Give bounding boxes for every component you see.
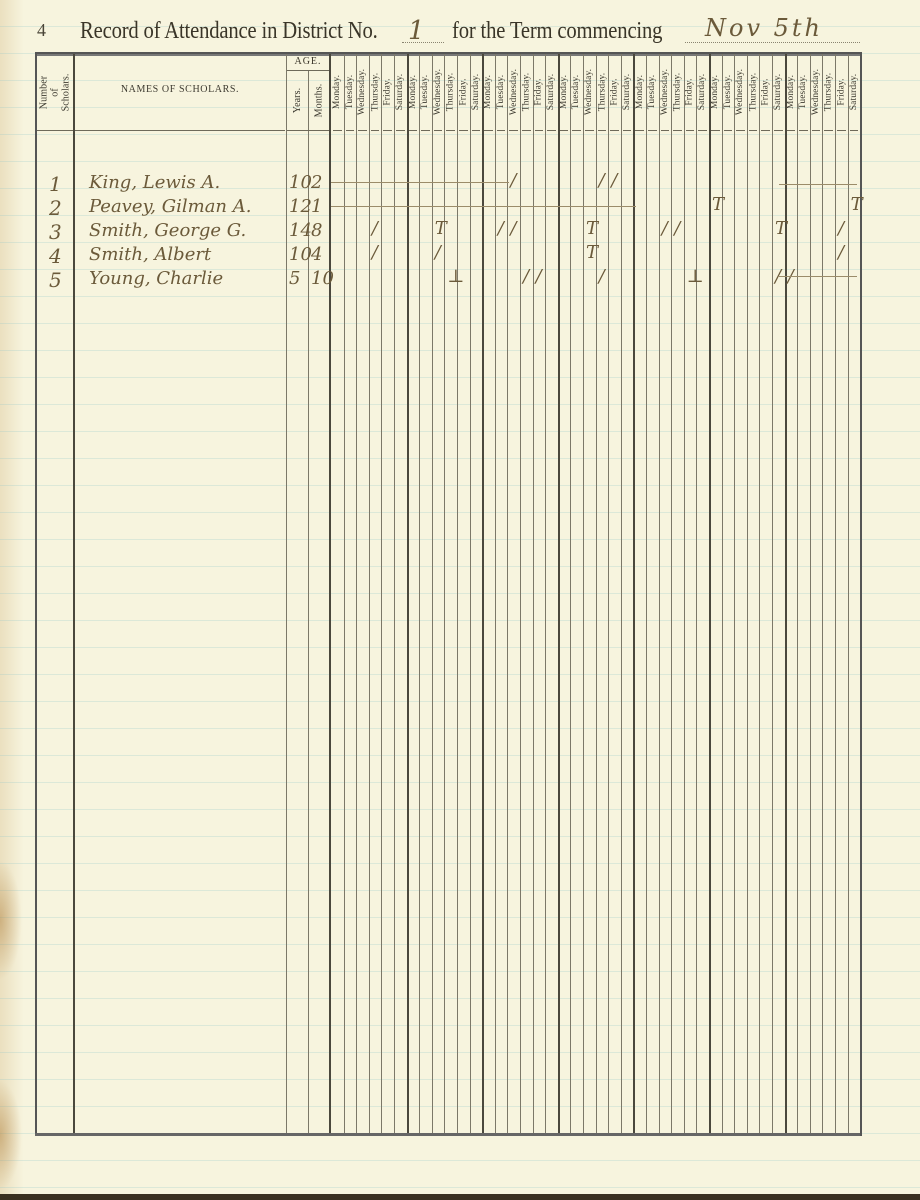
attendance-mark: /: [372, 242, 378, 263]
age-years: 12: [289, 196, 312, 217]
header-rule: [446, 130, 455, 131]
scholar-row: 4Smith, Albert104: [37, 244, 329, 268]
divider: [329, 54, 331, 1134]
age-years: 14: [289, 220, 312, 241]
header-names-of-scholars: NAMES OF SCHOLARS.: [75, 84, 285, 95]
header-rule: [711, 130, 720, 131]
day-divider: [558, 54, 560, 1134]
header-rule: [648, 130, 657, 131]
header-day: Wednesday.: [659, 54, 672, 130]
day-divider: [848, 54, 849, 1134]
day-divider: [533, 54, 534, 1134]
day-divider: [621, 54, 622, 1134]
scholar-row: 3Smith, George G.148: [37, 220, 329, 244]
day-divider: [407, 54, 409, 1134]
day-divider: [797, 54, 798, 1134]
attendance-mark: /: [838, 218, 844, 239]
page-number: 4: [37, 20, 46, 41]
attendance-mark: ⊥: [687, 266, 704, 287]
header-rule: [459, 130, 468, 131]
header-day: Thursday.: [520, 54, 533, 130]
header-day: Tuesday.: [797, 54, 810, 130]
header-day: Thursday.: [596, 54, 609, 130]
paper-stain: [0, 1080, 22, 1190]
header-rule: [761, 130, 770, 131]
header-rule: [673, 130, 682, 131]
scholar-name: Smith, Albert: [89, 244, 211, 265]
day-divider: [709, 54, 711, 1134]
day-divider: [495, 54, 496, 1134]
day-divider: [822, 54, 823, 1134]
header-day: Saturday.: [394, 54, 407, 130]
header-day: Thursday.: [444, 54, 457, 130]
header-rule: [547, 130, 556, 131]
title-record-of-attendance: Record of Attendance in District No.: [80, 18, 378, 45]
day-divider: [696, 54, 697, 1134]
header-rule: [623, 130, 632, 131]
header-rule: [635, 130, 644, 131]
header-rule: [799, 130, 808, 131]
attendance-mark: ⊥: [447, 266, 464, 287]
header-day: Wednesday.: [583, 54, 596, 130]
attendance-mark: /: [611, 170, 617, 191]
header-years: Years.: [287, 70, 308, 130]
day-divider: [444, 54, 445, 1134]
scholar-name: Smith, George G.: [89, 220, 246, 241]
header-rule: [409, 130, 418, 131]
attendance-mark: /: [599, 266, 605, 287]
header-day: Friday.: [684, 54, 697, 130]
header-day: Thursday.: [747, 54, 760, 130]
attendance-mark: T: [435, 218, 447, 239]
day-divider: [772, 54, 773, 1134]
day-divider: [596, 54, 597, 1134]
header-rule: [774, 130, 783, 131]
table-bottom-rule: [35, 1133, 860, 1136]
attendance-mark: T: [851, 194, 863, 215]
header-number-of-scholars: Number of Scholars.: [37, 54, 73, 130]
attendance-mark: /: [662, 218, 668, 239]
header-rule: [371, 130, 380, 131]
day-divider: [394, 54, 395, 1134]
age-months: 10: [311, 268, 334, 289]
header-day: Saturday.: [848, 54, 861, 130]
day-divider: [356, 54, 357, 1134]
age-months: 4: [311, 244, 322, 265]
attendance-mark: T: [586, 242, 598, 263]
header-day: Wednesday.: [734, 54, 747, 130]
paper-stain: [0, 860, 22, 980]
day-divider: [608, 54, 609, 1134]
day-divider: [671, 54, 672, 1134]
header-rule: [837, 130, 846, 131]
pencil-line: [331, 182, 509, 183]
day-divider: [570, 54, 571, 1134]
header-rule: [37, 130, 73, 131]
age-years: 10: [289, 172, 312, 193]
attendance-mark: /: [435, 242, 441, 263]
header-age: AGE.: [287, 56, 329, 67]
header-rule: [736, 130, 745, 131]
header-months: Months.: [308, 70, 329, 130]
header-rule: [812, 130, 821, 131]
day-divider: [810, 54, 811, 1134]
scholar-name: King, Lewis A.: [89, 172, 220, 193]
day-divider: [734, 54, 735, 1134]
header-day: Tuesday.: [419, 54, 432, 130]
scholar-number: 1: [49, 172, 62, 196]
day-divider: [369, 54, 370, 1134]
scholar-name: Young, Charlie: [89, 268, 223, 289]
scholar-row: 1King, Lewis A.102: [37, 172, 329, 196]
header-rule: [472, 130, 481, 131]
day-divider: [457, 54, 458, 1134]
header-rule: [560, 130, 569, 131]
header-rule: [509, 130, 518, 131]
scholar-row: 5Young, Charlie510: [37, 268, 329, 292]
header-day: Saturday.: [621, 54, 634, 130]
attendance-mark: /: [372, 218, 378, 239]
header-day: Friday.: [533, 54, 546, 130]
ledger-page: 4 Record of Attendance in District No. 1…: [0, 0, 920, 1200]
attendance-mark: /: [510, 170, 516, 191]
day-divider: [759, 54, 760, 1134]
pencil-line: [331, 206, 636, 207]
header-rule: [287, 130, 329, 131]
header-rule: [497, 130, 506, 131]
age-months: 2: [311, 172, 322, 193]
header-day: Monday.: [331, 54, 344, 130]
header-rule: [661, 130, 670, 131]
scholar-number: 3: [49, 220, 62, 244]
attendance-mark: /: [536, 266, 542, 287]
header-day: Wednesday.: [507, 54, 520, 130]
day-divider: [722, 54, 723, 1134]
pencil-line: [779, 276, 857, 277]
day-divider: [520, 54, 521, 1134]
scholar-number: 2: [49, 196, 62, 220]
scholar-row: 2Peavey, Gilman A.121: [37, 196, 329, 220]
scholar-number: 4: [49, 244, 62, 268]
header-rule: [698, 130, 707, 131]
day-divider: [507, 54, 508, 1134]
title-term-commencing: for the Term commencing: [452, 18, 662, 45]
header-rule: [434, 130, 443, 131]
header-day: Wednesday.: [810, 54, 823, 130]
header-rule: [724, 130, 733, 131]
header-rule: [787, 130, 796, 131]
day-divider: [470, 54, 471, 1134]
header-rule: [824, 130, 833, 131]
header-day: Friday.: [608, 54, 621, 130]
day-divider: [646, 54, 647, 1134]
header-day: Friday.: [759, 54, 772, 130]
age-years: 10: [289, 244, 312, 265]
age-months: 1: [311, 196, 322, 217]
header-rule: [346, 130, 355, 131]
header-day: Friday.: [381, 54, 394, 130]
day-divider: [583, 54, 584, 1134]
attendance-mark: /: [599, 170, 605, 191]
day-divider: [659, 54, 660, 1134]
age-years: 5: [289, 268, 300, 289]
header-rule: [358, 130, 367, 131]
header-day: Wednesday.: [356, 54, 369, 130]
age-months: 8: [311, 220, 322, 241]
day-divider: [835, 54, 836, 1134]
header-day: Thursday.: [671, 54, 684, 130]
attendance-mark: T: [586, 218, 598, 239]
header-rule: [421, 130, 430, 131]
page-header: 4 Record of Attendance in District No. 1…: [0, 14, 920, 50]
header-day: Saturday.: [545, 54, 558, 130]
day-divider: [684, 54, 685, 1134]
day-divider: [633, 54, 635, 1134]
header-rule: [396, 130, 405, 131]
header-rule: [598, 130, 607, 131]
scholar-number: 5: [49, 268, 62, 292]
attendance-mark: /: [523, 266, 529, 287]
day-divider: [545, 54, 546, 1134]
header-day: Tuesday.: [344, 54, 357, 130]
header-day: Tuesday.: [495, 54, 508, 130]
header-rule: [850, 130, 859, 131]
header-rule: [749, 130, 758, 131]
attendance-mark: /: [498, 218, 504, 239]
header-rule: [610, 130, 619, 131]
header-day: Friday.: [457, 54, 470, 130]
header-rule: [522, 130, 531, 131]
header-day: Thursday.: [369, 54, 382, 130]
header-rule: [686, 130, 695, 131]
header-day: Saturday.: [772, 54, 785, 130]
day-divider: [419, 54, 420, 1134]
day-divider: [344, 54, 345, 1134]
header-rule: [333, 130, 342, 131]
header-rule: [572, 130, 581, 131]
day-divider: [432, 54, 433, 1134]
header-rule: [535, 130, 544, 131]
attendance-mark: /: [510, 218, 516, 239]
header-day: Tuesday.: [570, 54, 583, 130]
header-day: Saturday.: [696, 54, 709, 130]
header-day: Tuesday.: [722, 54, 735, 130]
attendance-mark: /: [838, 242, 844, 263]
day-divider: [482, 54, 484, 1134]
day-divider: [381, 54, 382, 1134]
header-day: Friday.: [835, 54, 848, 130]
attendance-table: Number of Scholars. NAMES OF SCHOLARS. A…: [35, 52, 862, 1136]
page-edge: [0, 1194, 920, 1200]
attendance-mark: /: [674, 218, 680, 239]
term-blank: [685, 42, 860, 43]
header-day: Wednesday.: [432, 54, 445, 130]
term-start-date: Nov 5th: [705, 14, 823, 42]
header-day: Saturday.: [470, 54, 483, 130]
attendance-mark: T: [712, 194, 724, 215]
day-divider: [785, 54, 787, 1134]
header-rule: [484, 130, 493, 131]
scholar-name: Peavey, Gilman A.: [89, 196, 251, 217]
header-day: Tuesday.: [646, 54, 659, 130]
pencil-line: [779, 184, 857, 185]
district-number: 1: [408, 16, 425, 46]
header-day: Thursday.: [822, 54, 835, 130]
attendance-mark: T: [775, 218, 787, 239]
header-rule: [383, 130, 392, 131]
day-divider: [747, 54, 748, 1134]
divider: [287, 70, 329, 71]
header-rule: [75, 130, 285, 131]
header-rule: [585, 130, 594, 131]
